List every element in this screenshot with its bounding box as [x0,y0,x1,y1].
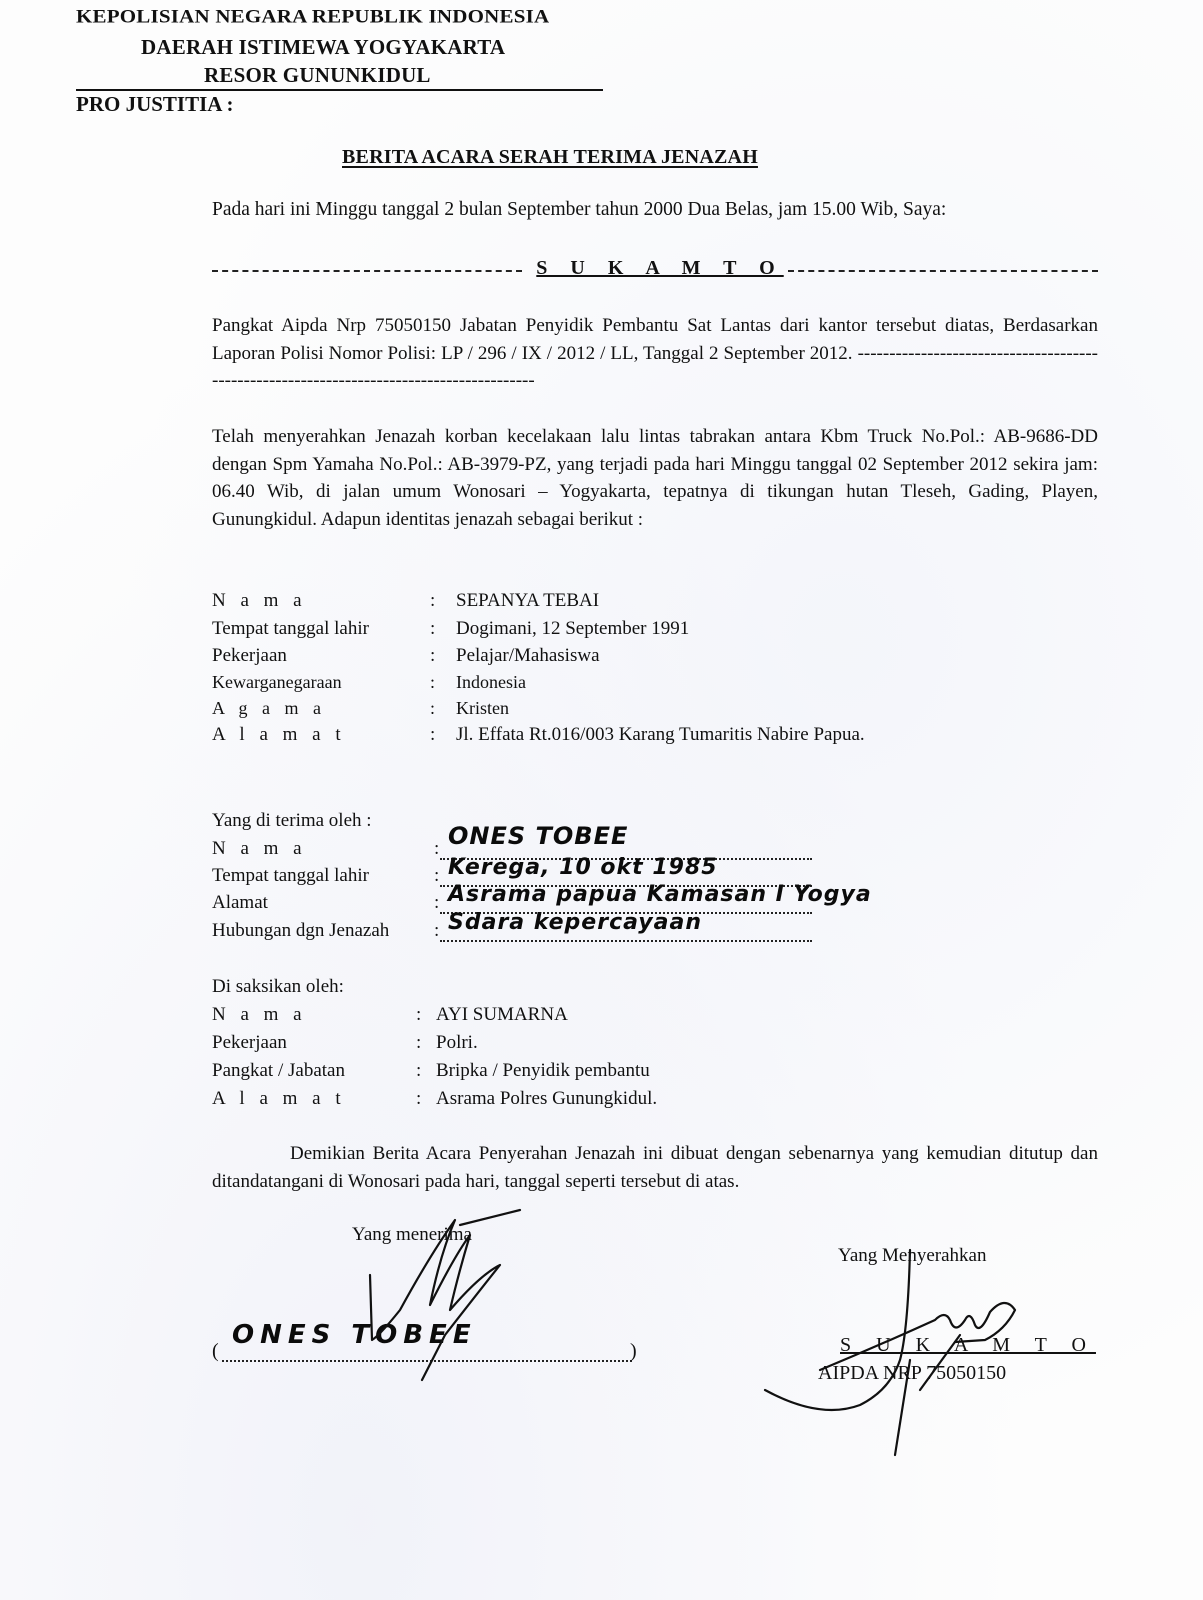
dash-left [212,270,522,272]
field-value: Polri. [436,1032,478,1054]
field-label: Pangkat / Jabatan [212,1060,345,1082]
incident-paragraph: Telah menyerahkan Jenazah korban kecelak… [212,423,1098,533]
field-colon: : [434,892,439,914]
field-label: Alamat [212,892,268,914]
field-value: AYI SUMARNA [436,1004,568,1026]
field-label: Hubungan dgn Jenazah [212,920,389,942]
document-page: KEPOLISIAN NEGARA REPUBLIK INDONESIA DAE… [0,0,1203,1600]
officer-name: S U K A M T O [522,257,787,280]
receiver-bracket-open: ( [212,1340,219,1363]
field-label: Pekerjaan [212,645,287,667]
pro-justitia: PRO JUSTITIA : [76,92,234,117]
field-label: Pekerjaan [212,1032,287,1054]
field-value: Dogimani, 12 September 1991 [456,618,689,640]
field-colon: : [430,672,435,693]
field-value: Bripka / Penyidik pembantu [436,1060,650,1082]
fill-line [440,940,812,942]
field-colon: : [430,698,435,719]
field-colon: : [416,1032,421,1054]
opening-sentence: Pada hari ini Minggu tanggal 2 bulan Sep… [212,199,946,221]
field-colon: : [430,618,435,640]
document-title: BERITA ACARA SERAH TERIMA JENAZAH [342,146,758,169]
receiver-heading: Yang di terima oleh : [212,810,372,832]
letterhead-line-1: KEPOLISIAN NEGARA REPUBLIK INDONESIA [76,5,549,28]
handwritten-value: Sdara kepercayaan [448,910,702,935]
giver-signature-icon [760,1240,1040,1460]
field-label: Kewarganegaraan [212,672,342,693]
receiver-signature-icon [360,1215,540,1385]
letterhead-line-3: RESOR GUNUNKIDUL [204,63,431,88]
field-colon: : [430,590,435,612]
field-colon: : [430,645,435,667]
field-value: Kristen [456,698,509,719]
field-colon: : [416,1060,421,1082]
field-colon: : [434,865,439,887]
field-label: Tempat tanggal lahir [212,865,369,887]
officer-paragraph: Pangkat Aipda Nrp 75050150 Jabatan Penyi… [212,312,1098,395]
officer-name-line: S U K A M T O [212,254,1098,282]
dash-right [788,270,1098,272]
field-colon: : [434,920,439,942]
field-colon: : [416,1088,421,1110]
letterhead-rule [76,89,603,91]
handwritten-value: Kerega, 10 okt 1985 [448,855,718,880]
field-colon: : [416,1004,421,1026]
field-value: SEPANYA TEBAI [456,590,599,612]
field-label: A l a m a t [212,1088,346,1110]
field-label: A l a m a t [212,724,346,746]
handwritten-value: Asrama papua Kamasan I Yogya [448,882,872,907]
receiver-bracket-close: ) [630,1340,637,1363]
field-label: N a m a [212,590,307,612]
field-label: N a m a [212,1004,307,1026]
handwritten-value: ONES TOBEE [448,822,628,850]
field-value: Asrama Polres Gunungkidul. [436,1088,657,1110]
field-value: Indonesia [456,672,526,693]
closing-paragraph: Demikian Berita Acara Penyerahan Jenazah… [212,1140,1098,1196]
field-label: N a m a [212,838,307,860]
field-colon: : [430,724,435,746]
field-label: Tempat tanggal lahir [212,618,369,640]
field-label: A g a m a [212,698,326,719]
field-value: Jl. Effata Rt.016/003 Karang Tumaritis N… [456,724,865,746]
letterhead-line-2: DAERAH ISTIMEWA YOGYAKARTA [141,35,505,60]
field-colon: : [434,838,439,860]
field-value: Pelajar/Mahasiswa [456,645,600,667]
witness-heading: Di saksikan oleh: [212,976,344,998]
